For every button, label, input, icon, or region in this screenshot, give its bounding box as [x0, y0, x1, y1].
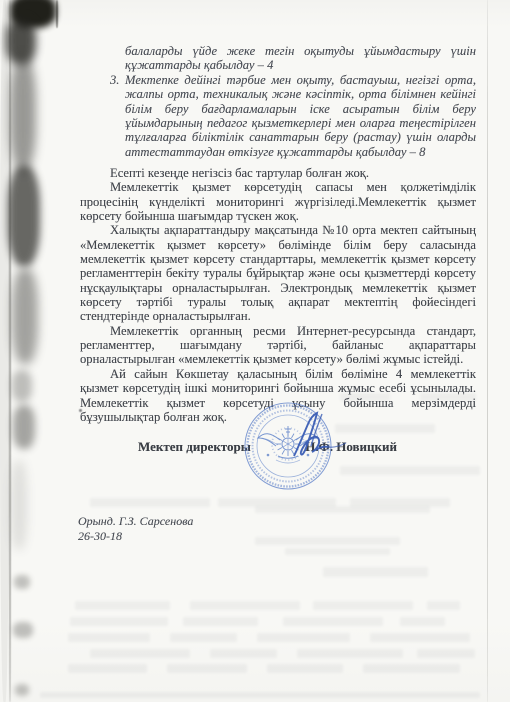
paragraph: Мемлекеттік қызмет көрсетудің сапасы мен…: [80, 180, 476, 223]
list-item-continuation-line: құжаттарды қабылдау – 4: [125, 58, 476, 72]
paragraph: Халықты ақпараттандыру мақсатында №10 ор…: [80, 223, 476, 323]
scan-smudge: [12, 268, 38, 364]
bleedthrough-artifact: [40, 692, 480, 698]
scan-smudge: [0, 0, 9, 702]
list-item-3-marker: 3.: [110, 73, 119, 87]
scan-smudge: [13, 622, 33, 638]
bleedthrough-artifact: [75, 601, 170, 610]
kazakhstan-emblem-icon: [258, 426, 318, 463]
scan-smudge: [8, 166, 40, 266]
bleedthrough-artifact: [183, 617, 258, 626]
scan-smudge: [11, 460, 27, 550]
bleedthrough-artifact: [400, 617, 445, 626]
bleedthrough-artifact: [323, 567, 428, 577]
paragraph: Мемлекеттік органның ресми Интернет-ресу…: [80, 324, 476, 367]
bleedthrough-artifact: [170, 633, 237, 642]
bleedthrough-artifact: [255, 537, 400, 545]
list-item-continuation-line: балаларды үйде жеке тегін оқытуды ұйымда…: [125, 44, 476, 58]
report-body: Есепті кезеңде негізсіз бас тартулар бол…: [80, 166, 476, 424]
list-item-3: 3. Мектепке дейінгі тәрбие мен оқыту, ба…: [110, 73, 476, 159]
bleedthrough-artifact: [210, 649, 277, 658]
intro-list: балаларды үйде жеке тегін оқытуды ұйымда…: [110, 44, 476, 159]
bleedthrough-artifact: [255, 506, 430, 513]
bleedthrough-artifact: [190, 601, 300, 610]
paragraph: Есепті кезеңде негізсіз бас тартулар бол…: [80, 166, 476, 180]
scan-smudge: [12, 370, 32, 402]
bleedthrough-artifact: [257, 633, 350, 642]
handwritten-signature: [294, 413, 346, 456]
scan-smudge: [14, 575, 30, 589]
bleedthrough-artifact: [267, 664, 343, 673]
bleedthrough-artifact: [70, 617, 168, 626]
bleedthrough-artifact: [90, 649, 190, 658]
scan-smudge: [13, 405, 35, 449]
executor-name: Орынд. Г.З. Сарсенова: [78, 514, 193, 529]
scan-smudge: [487, 0, 488, 702]
bleedthrough-artifact: [363, 664, 460, 673]
official-seal-stamp: [238, 398, 362, 498]
list-item-3-text: Мектепке дейінгі тәрбие мен оқыту, баста…: [125, 73, 476, 159]
bleedthrough-artifact: [417, 649, 475, 658]
executor-phone: 26-30-18: [78, 529, 193, 544]
bleedthrough-artifact: [297, 649, 403, 658]
scan-smudge: [10, 56, 36, 171]
bleedthrough-artifact: [68, 664, 147, 673]
executor-block: Орынд. Г.З. Сарсенова 26-30-18: [78, 514, 193, 544]
scan-smudge: [15, 684, 29, 696]
bleedthrough-artifact: [370, 633, 470, 642]
bleedthrough-artifact: [167, 664, 247, 673]
scanned-document-page: балаларды үйде жеке тегін оқытуды ұйымда…: [0, 0, 510, 702]
bleedthrough-artifact: [285, 548, 390, 555]
bleedthrough-artifact: [283, 617, 383, 626]
signature-role-label: Мектеп директоры: [138, 439, 251, 455]
scan-smudge: [56, 0, 58, 28]
bleedthrough-artifact: [68, 633, 150, 642]
bleedthrough-artifact: [427, 601, 460, 610]
bleedthrough-artifact: [313, 601, 413, 610]
bleedthrough-artifact: [90, 498, 210, 507]
